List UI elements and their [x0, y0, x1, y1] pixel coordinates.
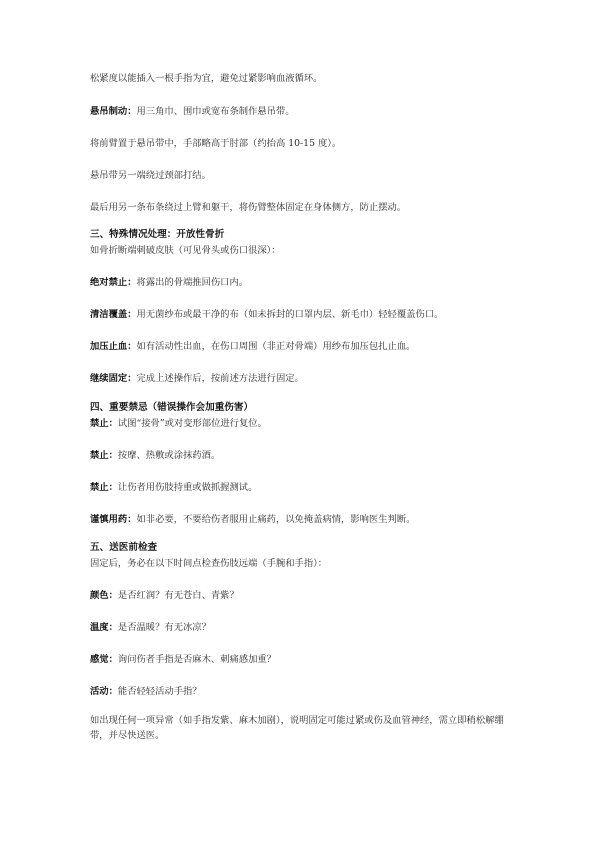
item-text: 是否温暖？有无冰凉？ [118, 622, 211, 633]
list-item: 清洁覆盖：用无菌纱布或最干净的布（如未拆封的口罩内层、新毛巾）轻轻覆盖伤口。 [90, 309, 443, 321]
paragraph: 悬吊带另一端绕过颈部打结。 [90, 170, 211, 182]
item-label: 谨慎用药： [90, 514, 137, 525]
item-label: 温度： [90, 622, 118, 633]
paragraph-text: 悬吊带另一端绕过颈部打结。 [90, 170, 211, 181]
item-text: 如有活动性出血，在伤口周围（非正对骨端）用纱布加压包扎止血。 [137, 341, 416, 352]
list-item: 感觉：询问伤者手指是否麻木、刺痛感加重？ [90, 654, 276, 666]
item-label: 颜色： [90, 590, 118, 601]
item-label: 禁止： [90, 418, 118, 429]
list-item: 继续固定：完成上述操作后，按前述方法进行固定。 [90, 373, 304, 385]
paragraph-label: 悬吊制动： [90, 106, 137, 117]
list-item: 颜色：是否红润？有无苍白、青紫？ [90, 590, 239, 602]
paragraph-text: 松紧度以能插入一根手指为宜，避免过紧影响血液循环。 [90, 73, 322, 84]
document-page: 松紧度以能插入一根手指为宜，避免过紧影响血液循环。 悬吊制动：用三角巾、围巾或宽… [0, 0, 595, 841]
item-text: 用无菌纱布或最干净的布（如未拆封的口罩内层、新毛巾）轻轻覆盖伤口。 [137, 309, 444, 320]
item-text: 询问伤者手指是否麻木、刺痛感加重？ [118, 654, 276, 665]
item-label: 禁止： [90, 450, 118, 461]
section-heading-open-fracture: 三、特殊情况处理：开放性骨折 [90, 229, 224, 241]
item-label: 继续固定： [90, 373, 137, 384]
item-label: 禁止： [90, 482, 118, 493]
section-intro: 如骨折断端刺破皮肤（可见骨头或伤口很深）： [90, 245, 281, 257]
item-text: 试图“接骨”或对变形部位进行复位。 [118, 418, 267, 429]
paragraph-sling: 悬吊制动：用三角巾、围巾或宽布条制作悬吊带。 [90, 106, 295, 118]
item-text: 如非必要，不要给伤者服用止痛药，以免掩盖病情，影响医生判断。 [137, 514, 416, 525]
item-label: 清洁覆盖： [90, 309, 137, 320]
paragraph: 最后用另一条布条绕过上臂和躯干，将伤臂整体固定在身体侧方，防止摆动。 [90, 202, 406, 214]
paragraph-text: 用三角巾、围巾或宽布条制作悬吊带。 [137, 106, 295, 117]
item-text: 让伤者用伤肢持重或做抓握测试。 [118, 482, 257, 493]
paragraph-text: 固定后，务必在以下时间点检查伤肢远端（手腕和手指）： [90, 558, 327, 569]
item-text: 将露出的骨端推回伤口内。 [137, 277, 249, 288]
list-item: 禁止：试图“接骨”或对变形部位进行复位。 [90, 418, 267, 430]
section-heading-pre-hospital-check: 五、送医前检查 [90, 542, 157, 554]
item-text: 按摩、热敷或涂抹药酒。 [118, 450, 220, 461]
paragraph: 松紧度以能插入一根手指为宜，避免过紧影响血液循环。 [90, 73, 322, 85]
list-item: 温度：是否温暖？有无冰凉？ [90, 622, 211, 634]
list-item: 禁止：按摩、热敷或涂抹药酒。 [90, 450, 220, 462]
paragraph-text: 如骨折断端刺破皮肤（可见骨头或伤口很深）： [90, 245, 281, 256]
list-item: 加压止血：如有活动性出血，在伤口周围（非正对骨端）用纱布加压包扎止血。 [90, 341, 415, 353]
item-label: 活动： [90, 686, 118, 697]
item-label: 加压止血： [90, 341, 137, 352]
item-label: 绝对禁止： [90, 277, 137, 288]
paragraph-text: 最后用另一条布条绕过上臂和躯干，将伤臂整体固定在身体侧方，防止摆动。 [90, 202, 406, 213]
item-text: 完成上述操作后，按前述方法进行固定。 [137, 373, 304, 384]
item-text: 是否红润？有无苍白、青紫？ [118, 590, 239, 601]
section-heading-contraindications: 四、重要禁忌（错误操作会加重伤害） [90, 402, 253, 414]
item-label: 感觉： [90, 654, 118, 665]
paragraph: 将前臂置于悬吊带中，手部略高于肘部（约抬高 10-15 度）。 [90, 138, 341, 150]
paragraph-text: 将前臂置于悬吊带中，手部略高于肘部（约抬高 10-15 度）。 [90, 138, 341, 149]
conclusion-paragraph: 如出现任何一项异常（如手指发紫、麻木加剧），说明固定可能过紧或伤及血管神经，需立… [90, 713, 520, 743]
list-item: 禁止：让伤者用伤肢持重或做抓握测试。 [90, 482, 257, 494]
item-text: 能否轻轻活动手指？ [118, 686, 202, 697]
list-item: 谨慎用药：如非必要，不要给伤者服用止痛药，以免掩盖病情，影响医生判断。 [90, 514, 415, 526]
list-item: 活动：能否轻轻活动手指？ [90, 686, 202, 698]
section-intro: 固定后，务必在以下时间点检查伤肢远端（手腕和手指）： [90, 558, 327, 570]
list-item: 绝对禁止：将露出的骨端推回伤口内。 [90, 277, 248, 289]
